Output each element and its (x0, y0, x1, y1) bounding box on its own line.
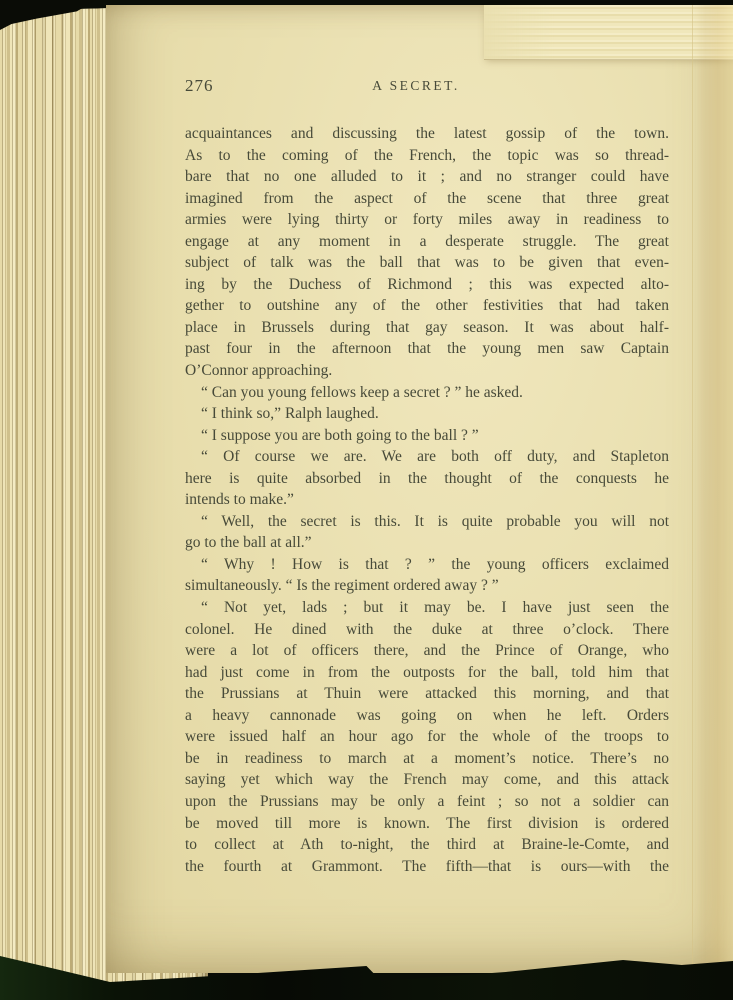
body-text: acquaintances and discussing the latest … (185, 123, 669, 877)
text-line: colonel. He dined with the duke at three… (185, 619, 669, 641)
text-line: gether to outshine any of the other fest… (185, 295, 669, 317)
text-line: imagined from the aspect of the scene th… (185, 188, 669, 210)
text-line: a heavy cannonade was going on when he l… (185, 705, 669, 727)
page-header: 276 A SECRET. (185, 76, 669, 96)
running-title: A SECRET. (174, 78, 658, 94)
text-line: bare that no one alluded to it ; and no … (185, 166, 669, 188)
scanned-book-photo: 276 A SECRET. acquaintances and discussi… (0, 0, 733, 1000)
text-line: “ I think so,” Ralph laughed. (185, 403, 669, 425)
text-line: engage at any moment in a desperate stru… (185, 231, 669, 253)
text-line: upon the Prussians may be only a feint ;… (185, 791, 669, 813)
text-line: armies were lying thirty or forty miles … (185, 209, 669, 231)
text-line: go to the ball at all.” (185, 532, 669, 554)
text-line: As to the coming of the French, the topi… (185, 145, 669, 167)
text-line: subject of talk was the ball that was to… (185, 252, 669, 274)
text-line: be moved till more is known. The first d… (185, 813, 669, 835)
text-line: acquaintances and discussing the latest … (185, 123, 669, 145)
text-line: past four in the afternoon that the youn… (185, 338, 669, 360)
text-line: O’Connor approaching. (185, 360, 669, 382)
text-line: “ Can you young fellows keep a secret ? … (185, 382, 669, 404)
text-line: had just come in from the outposts for t… (185, 662, 669, 684)
text-line: here is quite absorbed in the thought of… (185, 468, 669, 490)
text-line: “ Well, the secret is this. It is quite … (185, 511, 669, 533)
text-line: “ I suppose you are both going to the ba… (185, 425, 669, 447)
text-line: saying yet which way the French may come… (185, 769, 669, 791)
text-line: “ Of course we are. We are both off duty… (185, 446, 669, 468)
text-line: were issued half an hour ago for the who… (185, 726, 669, 748)
text-line: “ Not yet, lads ; but it may be. I have … (185, 597, 669, 619)
text-line: to collect at Ath to-night, the third at… (185, 834, 669, 856)
text-line: place in Brussels during that gay season… (185, 317, 669, 339)
right-page-curl-shadow (692, 5, 733, 973)
text-line: “ Why ! How is that ? ” the young office… (185, 554, 669, 576)
text-line: simultaneously. “ Is the regiment ordere… (185, 575, 669, 597)
text-line: ing by the Duchess of Richmond ; this wa… (185, 274, 669, 296)
text-line: were a lot of officers there, and the Pr… (185, 640, 669, 662)
text-line: be in readiness to march at a moment’s n… (185, 748, 669, 770)
text-line: the Prussians at Thuin were attacked thi… (185, 683, 669, 705)
text-line: intends to make.” (185, 489, 669, 511)
text-line: the fourth at Grammont. The fifth—that i… (185, 856, 669, 878)
page-text-block: 276 A SECRET. acquaintances and discussi… (185, 76, 669, 877)
